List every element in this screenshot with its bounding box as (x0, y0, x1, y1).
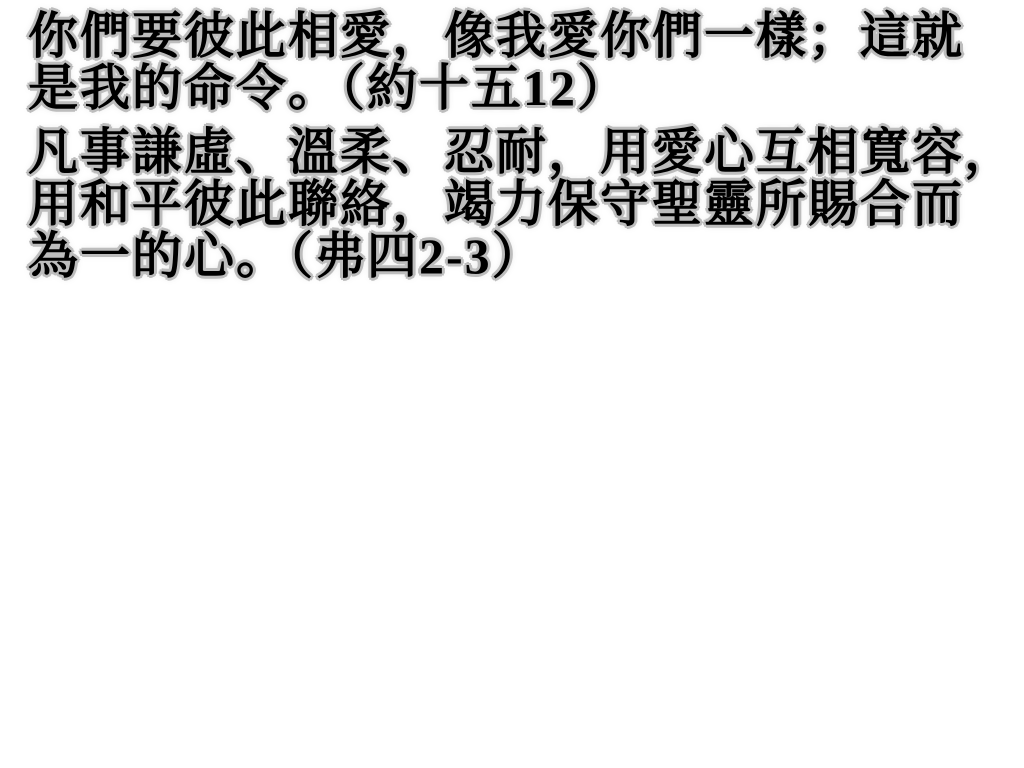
scripture-line: 是我的命令。（約十五12） (28, 62, 1018, 114)
scripture-line: 用和平彼此聯絡，竭力保守聖靈所賜合而 (28, 178, 1018, 230)
scripture-line: 你們要彼此相愛，像我愛你們一樣；這就 (28, 10, 1018, 62)
scripture-paragraph-john: 你們要彼此相愛，像我愛你們一樣；這就 是我的命令。（約十五12） (28, 10, 1018, 114)
presentation-slide: 你們要彼此相愛，像我愛你們一樣；這就 是我的命令。（約十五12） 凡事謙虛、溫柔… (0, 0, 1024, 768)
scripture-paragraph-ephesians: 凡事謙虛、溫柔、忍耐，用愛心互相寬容， 用和平彼此聯絡，竭力保守聖靈所賜合而 為… (28, 126, 1018, 282)
scripture-text-block: 你們要彼此相愛，像我愛你們一樣；這就 是我的命令。（約十五12） 凡事謙虛、溫柔… (28, 10, 1018, 294)
scripture-line: 凡事謙虛、溫柔、忍耐，用愛心互相寬容， (28, 126, 1018, 178)
scripture-line: 為一的心。（弗四2-3） (28, 230, 1018, 282)
